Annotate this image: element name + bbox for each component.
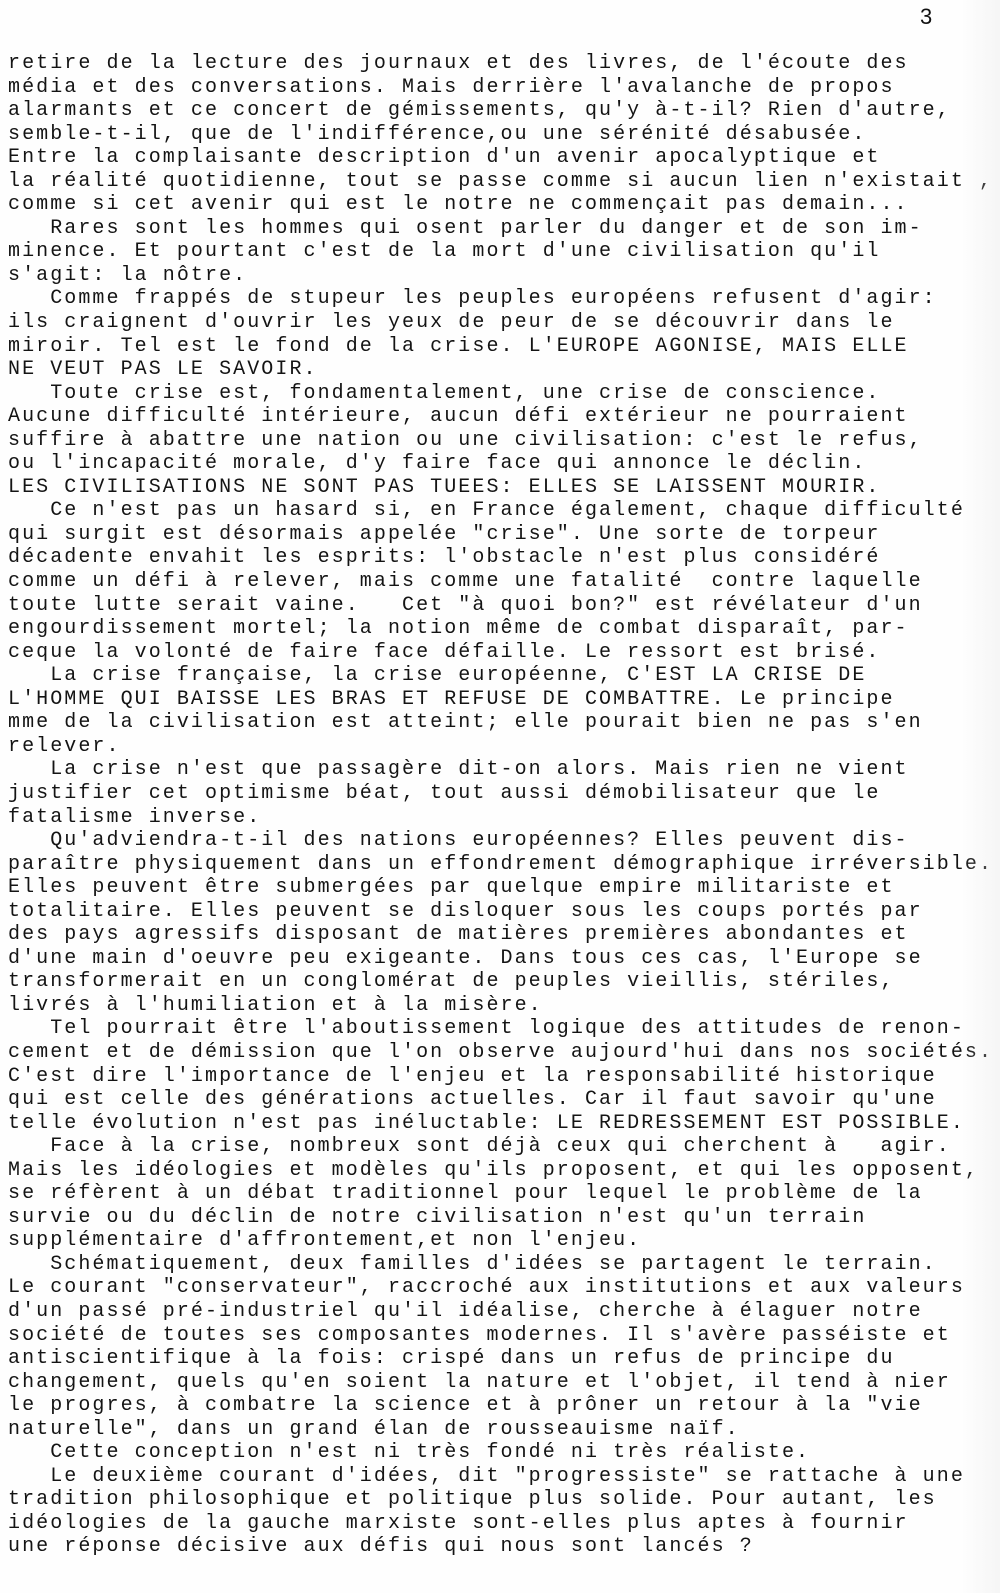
- text-line: Rares sont les hommes qui osent parler d…: [8, 217, 993, 241]
- text-line: ceque la volonté de faire face défaille.…: [8, 641, 993, 665]
- text-line: cement et de démission que l'on observe …: [8, 1041, 993, 1065]
- text-line: Entre la complaisante description d'un a…: [8, 146, 993, 170]
- text-line: engourdissement mortel; la notion même d…: [8, 617, 993, 641]
- text-line: L'HOMME QUI BAISSE LES BRAS ET REFUSE DE…: [8, 688, 993, 712]
- text-line: C'est dire l'importance de l'enjeu et la…: [8, 1065, 993, 1089]
- text-line: paraître physiquement dans un effondreme…: [8, 853, 993, 877]
- text-line: telle évolution n'est pas inéluctable: L…: [8, 1112, 993, 1136]
- text-line: se réfèrent à un débat traditionnel pour…: [8, 1182, 993, 1206]
- text-line: antiscientifique à la fois: crispé dans …: [8, 1347, 993, 1371]
- text-line: Le courant "conservateur", raccroché aux…: [8, 1276, 993, 1300]
- text-line: s'agit: la nôtre.: [8, 264, 993, 288]
- text-line: fatalisme inverse.: [8, 806, 993, 830]
- text-line: transformerait en un conglomérat de peup…: [8, 970, 993, 994]
- text-line: Mais les idéologies et modèles qu'ils pr…: [8, 1159, 993, 1183]
- text-line: ils craignent d'ouvrir les yeux de peur …: [8, 311, 993, 335]
- text-line: changement, quels qu'en soient la nature…: [8, 1371, 993, 1395]
- text-line: Tel pourrait être l'aboutissement logiqu…: [8, 1017, 993, 1041]
- text-line: Ce n'est pas un hasard si, en France éga…: [8, 499, 993, 523]
- text-line: d'un passé pré-industriel qu'il idéalise…: [8, 1300, 993, 1324]
- text-line: d'une main d'oeuvre peu exigeante. Dans …: [8, 947, 993, 971]
- page-edge-shadow: [960, 0, 1000, 1593]
- text-line: LES CIVILISATIONS NE SONT PAS TUEES: ELL…: [8, 476, 993, 500]
- text-line: alarmants et ce concert de gémissements,…: [8, 99, 993, 123]
- text-line: Elles peuvent être submergées par quelqu…: [8, 876, 993, 900]
- body-text: retire de la lecture des journaux et des…: [8, 52, 993, 1559]
- text-line: comme si cet avenir qui est le notre ne …: [8, 193, 993, 217]
- page-number: 3: [920, 4, 932, 30]
- text-line: décadente envahit les esprits: l'obstacl…: [8, 546, 993, 570]
- text-line: qui surgit est désormais appelée "crise"…: [8, 523, 993, 547]
- text-line: Comme frappés de stupeur les peuples eur…: [8, 287, 993, 311]
- text-line: Cette conception n'est ni très fondé ni …: [8, 1441, 993, 1465]
- text-line: La crise n'est que passagère dit-on alor…: [8, 758, 993, 782]
- text-line: Toute crise est, fondamentalement, une c…: [8, 382, 993, 406]
- text-line: retire de la lecture des journaux et des…: [8, 52, 993, 76]
- text-line: ou l'incapacité morale, d'y faire face q…: [8, 452, 993, 476]
- document-page: 3 retire de la lecture des journaux et d…: [0, 0, 1000, 1593]
- text-line: La crise française, la crise européenne,…: [8, 664, 993, 688]
- text-line: Aucune difficulté intérieure, aucun défi…: [8, 405, 993, 429]
- text-line: naturelle", dans un grand élan de rousse…: [8, 1418, 993, 1442]
- text-line: relever.: [8, 735, 993, 759]
- text-line: Face à la crise, nombreux sont déjà ceux…: [8, 1135, 993, 1159]
- text-line: mme de la civilisation est atteint; elle…: [8, 711, 993, 735]
- text-line: totalitaire. Elles peuvent se disloquer …: [8, 900, 993, 924]
- text-line: suffire à abattre une nation ou une civi…: [8, 429, 993, 453]
- text-line: Le deuxième courant d'idées, dit "progre…: [8, 1465, 993, 1489]
- text-line: des pays agressifs disposant de matières…: [8, 923, 993, 947]
- text-line: minence. Et pourtant c'est de la mort d'…: [8, 240, 993, 264]
- text-line: Schématiquement, deux familles d'idées s…: [8, 1253, 993, 1277]
- text-line: qui est celle des générations actuelles.…: [8, 1088, 993, 1112]
- text-line: Qu'adviendra-t-il des nations européenne…: [8, 829, 993, 853]
- text-line: comme un défi à relever, mais comme une …: [8, 570, 993, 594]
- text-line: supplémentaire d'affrontement,et non l'e…: [8, 1229, 993, 1253]
- text-line: une réponse décisive aux défis qui nous …: [8, 1535, 993, 1559]
- text-line: média et des conversations. Mais derrièr…: [8, 76, 993, 100]
- text-line: idéologies de la gauche marxiste sont-el…: [8, 1512, 993, 1536]
- text-line: miroir. Tel est le fond de la crise. L'E…: [8, 335, 993, 359]
- text-line: société de toutes ses composantes modern…: [8, 1324, 993, 1348]
- text-line: le progres, à combatre la science et à p…: [8, 1394, 993, 1418]
- text-line: semble-t-il, que de l'indifférence,ou un…: [8, 123, 993, 147]
- text-line: tradition philosophique et politique plu…: [8, 1488, 993, 1512]
- text-line: survie ou du déclin de notre civilisatio…: [8, 1206, 993, 1230]
- text-line: livrés à l'humiliation et à la misère.: [8, 994, 993, 1018]
- text-line: toute lutte serait vaine. Cet "à quoi bo…: [8, 594, 993, 618]
- text-line: la réalité quotidienne, tout se passe co…: [8, 170, 993, 194]
- text-line: NE VEUT PAS LE SAVOIR.: [8, 358, 993, 382]
- text-line: justifier cet optimisme béat, tout aussi…: [8, 782, 993, 806]
